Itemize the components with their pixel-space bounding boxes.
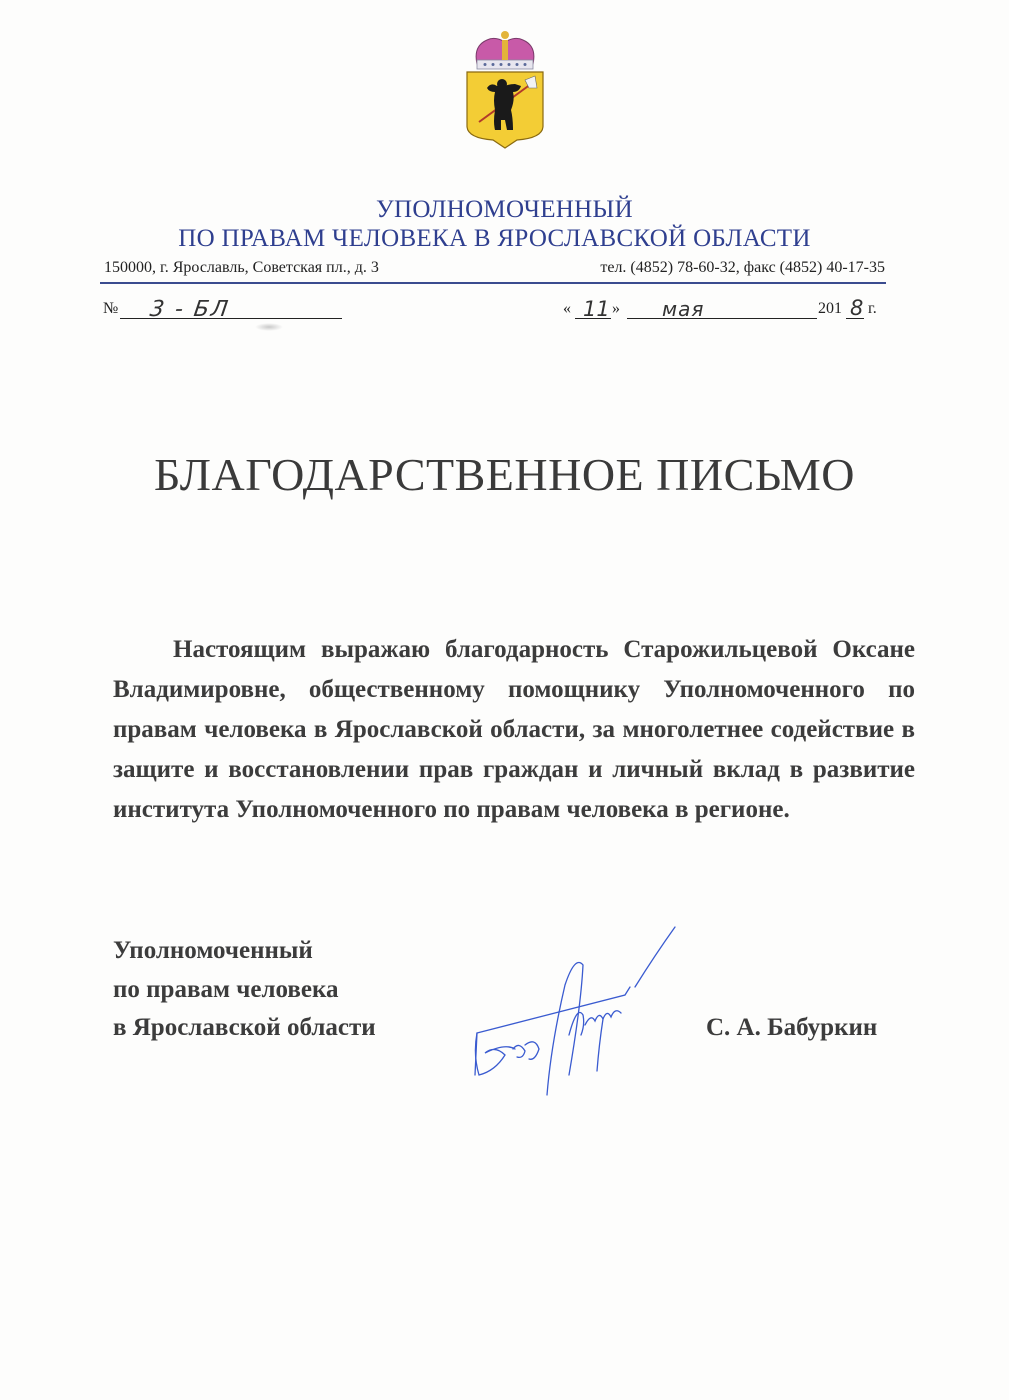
date-open-quote: «: [563, 300, 571, 318]
letterhead-divider: [100, 282, 886, 284]
org-contacts: тел. (4852) 78-60-32, факс (4852) 40-17-…: [600, 259, 885, 277]
coat-of-arms-icon: [455, 26, 555, 151]
org-title-line1: УПОЛНОМОЧЕННЫЙ: [0, 196, 1009, 224]
scan-smudge: [255, 323, 283, 331]
date-month: мая: [662, 297, 704, 321]
number-label: №: [103, 300, 118, 318]
org-title-line2: ПО ПРАВАМ ЧЕЛОВЕКА В ЯРОСЛАВСКОЙ ОБЛАСТИ: [0, 225, 999, 253]
position-line3: в Ярославской области: [113, 1014, 376, 1042]
date-month-underline: [627, 318, 817, 319]
position-line2: по правам человека: [113, 976, 338, 1004]
number-value: 3 - БЛ: [148, 297, 231, 322]
date-day: 11: [583, 297, 610, 321]
date-year-suffix: г.: [868, 300, 877, 318]
date-close-quote: »: [612, 300, 620, 318]
handwritten-signature-icon: [465, 925, 685, 1105]
signer-name: С. А. Бабуркин: [706, 1014, 877, 1042]
document-title: БЛАГОДАРСТВЕННОЕ ПИСЬМО: [0, 448, 1009, 501]
date-year-prefix: 201: [818, 300, 842, 318]
document-body: Настоящим выражаю благодарность Старожил…: [113, 630, 915, 830]
date-year-digit: 8: [850, 296, 863, 320]
position-line1: Уполномоченный: [113, 937, 313, 965]
org-address: 150000, г. Ярославль, Советская пл., д. …: [104, 259, 379, 277]
